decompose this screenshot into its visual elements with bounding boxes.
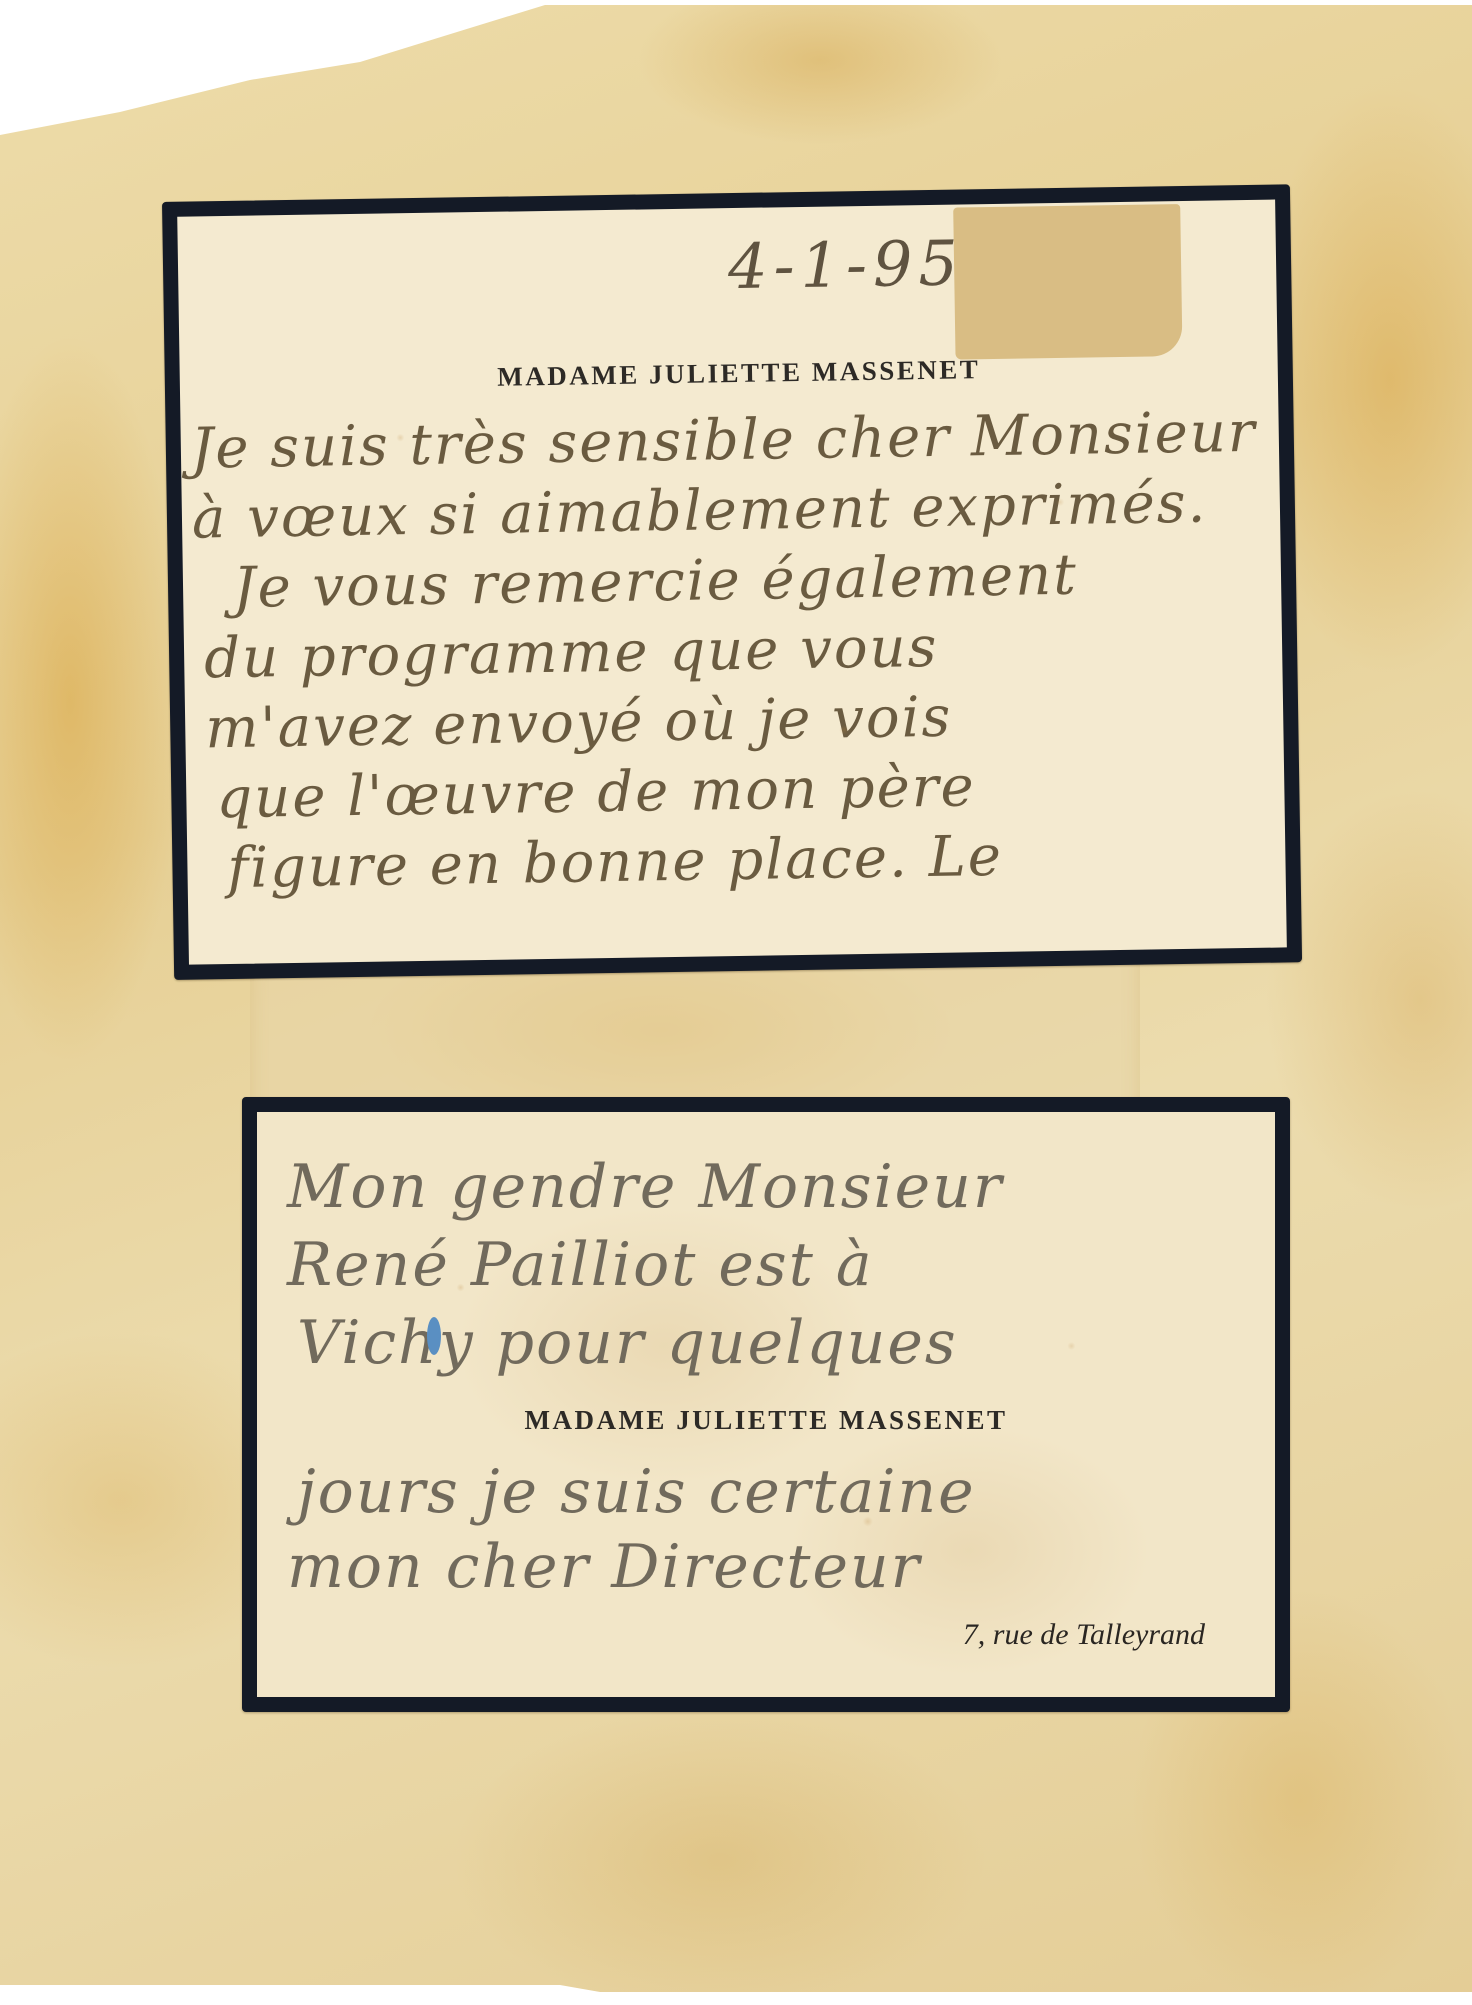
printed-name: MADAME JULIETTE MASSENET	[257, 1405, 1275, 1436]
handwritten-line: mon cher Directeur	[287, 1532, 921, 1602]
printed-name: MADAME JULIETTE MASSENET	[180, 349, 1278, 397]
handwritten-line: Mon gendre Monsieur	[287, 1152, 1004, 1222]
card-1: 4-1-95 MADAME JULIETTE MASSENET Je suis …	[162, 184, 1302, 980]
handwritten-line: du programme que vous	[204, 615, 939, 692]
handwritten-line: Je vous remercie également	[233, 543, 1079, 621]
handwritten-line: Je suis très sensible cher Monsieur	[190, 400, 1257, 482]
printed-address: 7, rue de Talleyrand	[963, 1618, 1205, 1652]
handwritten-line: figure en bonne place. Le	[227, 824, 1003, 901]
stamp-remnant	[953, 204, 1182, 360]
handwritten-line: René Pailliot est à	[287, 1230, 874, 1300]
handwritten-line: jours je suis certaine	[297, 1457, 976, 1527]
handwritten-line: que l'œuvre de mon père	[216, 754, 976, 831]
handwritten-line: Vichy pour quelques	[297, 1308, 958, 1378]
handwritten-line: m'avez envoyé où je vois	[205, 685, 953, 762]
handwritten-line: à vœux si aimablement exprimés.	[191, 471, 1207, 552]
handwritten-date: 4-1-95	[728, 226, 965, 303]
card-2: Mon gendre Monsieur René Pailliot est à …	[242, 1097, 1290, 1712]
blue-ink-spot	[427, 1317, 441, 1355]
